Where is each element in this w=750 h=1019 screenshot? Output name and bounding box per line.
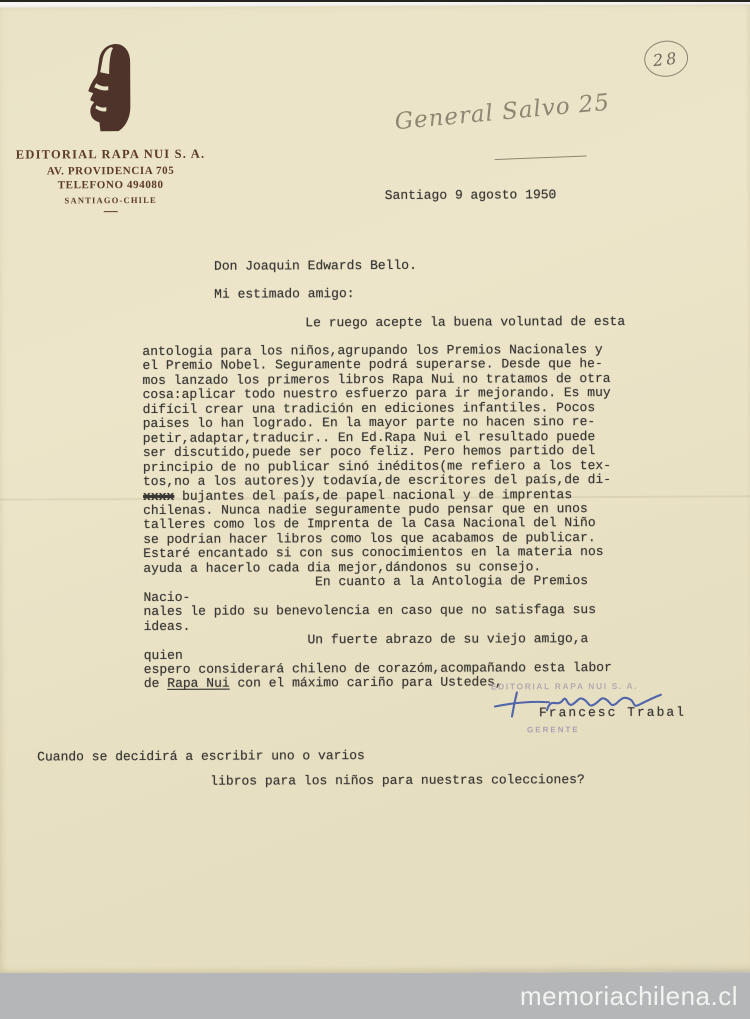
letter-paper: EDITORIAL RAPA NUI S. A. AV. PROVIDENCIA… [0, 4, 750, 974]
letter-salutation: Mi estimado amigo: [214, 286, 355, 302]
postscript-line-1: Cuando se decidirá a escribir uno o vari… [37, 748, 365, 764]
letter-date: Santiago 9 agosto 1950 [385, 187, 557, 203]
letterhead-address: AV. PROVIDENCIA 705 [10, 165, 212, 178]
letter-recipient: Don Joaquin Edwards Bello. [214, 258, 417, 274]
page-number-circled: 28 [642, 38, 690, 79]
title-stamp: GERENTE [527, 725, 580, 734]
body-text-1: antologia para los niños,agrupando los P… [142, 342, 611, 489]
signature-typed-name: Francesc Trabal [539, 705, 686, 721]
handwritten-note-underline [495, 155, 587, 160]
letterhead: EDITORIAL RAPA NUI S. A. AV. PROVIDENCIA… [9, 43, 212, 213]
scanner-edge-line [0, 0, 750, 2]
watermark-text: memoriachilena.cl [520, 981, 738, 1012]
body-text-2: bujantes del país,de papel nacional y de… [143, 487, 612, 692]
letter-body: antologia para los niños,agrupando los P… [142, 343, 626, 692]
handwritten-note: General Salvo 25 [394, 90, 612, 136]
body-text-3: con el máximo cariño para Ustedes, [230, 675, 503, 691]
letterhead-phone: TELEFONO 494080 [10, 179, 212, 192]
struck-out-word: xxxx [143, 488, 174, 503]
letter-opening-line: Le ruego acepte la buena voluntad de est… [305, 314, 625, 330]
underlined-rapa-nui: Rapa Nui [167, 676, 229, 691]
letterhead-company: EDITORIAL RAPA NUI S. A. [10, 147, 212, 163]
moai-icon [85, 43, 135, 133]
postscript-line-2: libros para los niños para nuestras cole… [210, 772, 585, 789]
scanned-letter: EDITORIAL RAPA NUI S. A. AV. PROVIDENCIA… [0, 0, 750, 1019]
watermark-bar: memoriachilena.cl [0, 973, 750, 1019]
letterhead-divider [104, 211, 118, 212]
letterhead-city: SANTIAGO-CHILE [10, 195, 212, 206]
